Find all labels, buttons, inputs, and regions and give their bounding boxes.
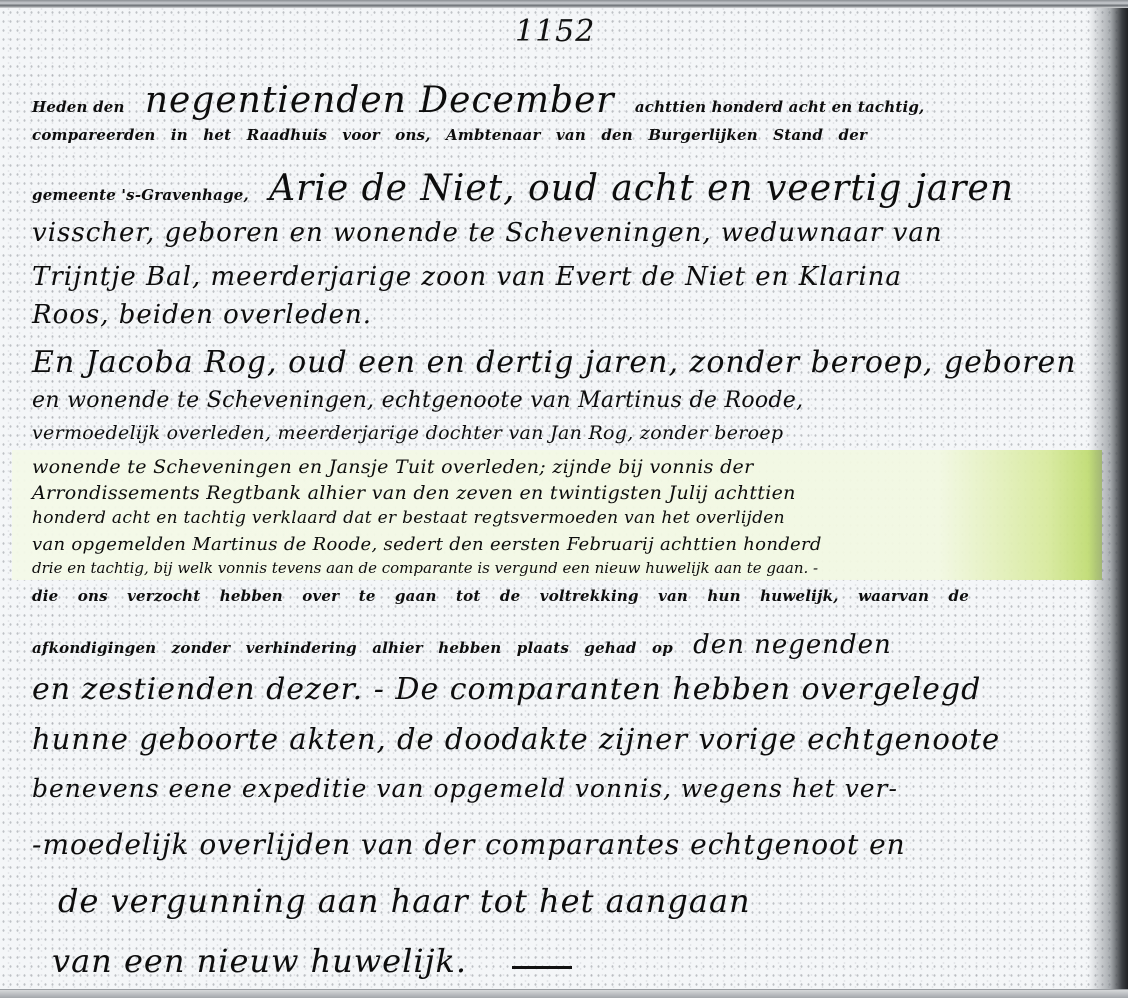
handwritten-text: benevens eene expeditie van opgemeld von… (32, 774, 898, 803)
handwritten-text: Arrondissements Regtbank alhier van den … (32, 482, 796, 504)
handwritten-text: van opgemelden Martinus de Roode, sedert… (32, 534, 822, 555)
page-edge-shadow (1088, 8, 1128, 990)
handwritten-text: Roos, beiden overleden. (32, 300, 372, 330)
document-line-1: Heden den negentienden December achttien… (32, 80, 924, 121)
window-bottom-bar (0, 989, 1128, 998)
document-line-7: En Jacoba Rog, oud een en dertig jaren, … (32, 345, 1077, 380)
handwritten-text: en zestienden dezer. - De comparanten he… (32, 672, 981, 707)
groom-name: Arie de Niet, oud acht en veertig jaren (269, 168, 1014, 209)
document-line-15: die ons verzocht hebben over te gaan tot… (32, 586, 969, 605)
document-line-13: van opgemelden Martinus de Roode, sedert… (32, 534, 822, 555)
printed-text: Heden den (32, 98, 125, 116)
document-line-2: compareerden in het Raadhuis voor ons, A… (32, 125, 867, 144)
document-line-4: visscher, geboren en wonende te Scheveni… (32, 218, 943, 248)
handwritten-text: en wonende te Scheveningen, echtgenoote … (32, 388, 803, 413)
document-line-5: Trijntje Bal, meerderjarige zoon van Eve… (32, 262, 902, 292)
handwritten-text: visscher, geboren en wonende te Scheveni… (32, 218, 943, 248)
handwritten-text: -moedelijk overlijden van der comparante… (32, 828, 906, 861)
document-line-20: -moedelijk overlijden van der comparante… (32, 828, 906, 861)
printed-text: achttien honderd acht en tachtig, (635, 98, 925, 116)
handwritten-text: van een nieuw huwelijk. (52, 942, 467, 980)
handwritten-text: den negenden (693, 630, 892, 660)
document-line-14: drie en tachtig, bij welk vonnis tevens … (32, 558, 818, 577)
printed-text: gemeente 's-Gravenhage, (32, 186, 249, 204)
bride-line: En Jacoba Rog, oud een en dertig jaren, … (32, 345, 1077, 380)
printed-text: die ons verzocht hebben over te gaan tot… (32, 587, 969, 605)
document-line-19: benevens eene expeditie van opgemeld von… (32, 774, 898, 803)
handwritten-text: Trijntje Bal, meerderjarige zoon van Eve… (32, 262, 902, 292)
handwritten-text: drie en tachtig, bij welk vonnis tevens … (32, 559, 818, 577)
document-line-12: honderd acht en tachtig verklaard dat er… (32, 508, 785, 528)
document-line-6: Roos, beiden overleden. (32, 300, 372, 330)
document-line-9: vermoedelijk overleden, meerderjarige do… (32, 422, 783, 444)
handwritten-date: negentienden December (145, 80, 615, 121)
document-line-17: en zestienden dezer. - De comparanten he… (32, 672, 981, 707)
handwritten-text: honderd acht en tachtig verklaard dat er… (32, 508, 785, 528)
document-line-10: wonende te Scheveningen en Jansje Tuit o… (32, 456, 753, 478)
printed-text: afkondigingen zonder verhindering alhier… (32, 639, 673, 657)
handwritten-text: de vergunning aan haar tot het aangaan (58, 882, 751, 920)
document-line-16: afkondigingen zonder verhindering alhier… (32, 630, 892, 660)
document-line-3: gemeente 's-Gravenhage, Arie de Niet, ou… (32, 168, 1014, 209)
handwritten-text: hunne geboorte akten, de doodakte zijner… (32, 722, 1000, 756)
document-line-22: van een nieuw huwelijk. (52, 942, 572, 980)
window-top-bar (0, 0, 1128, 8)
handwritten-text: wonende te Scheveningen en Jansje Tuit o… (32, 456, 753, 478)
handwritten-text: vermoedelijk overleden, meerderjarige do… (32, 422, 783, 444)
printed-text: compareerden in het Raadhuis voor ons, A… (32, 126, 867, 144)
document-line-21: de vergunning aan haar tot het aangaan (58, 882, 751, 920)
closing-dash (512, 966, 572, 969)
page-number: 1152 (515, 14, 595, 49)
document-line-18: hunne geboorte akten, de doodakte zijner… (32, 722, 1000, 756)
document-line-8: en wonende te Scheveningen, echtgenoote … (32, 388, 803, 413)
document-line-11: Arrondissements Regtbank alhier van den … (32, 482, 796, 504)
